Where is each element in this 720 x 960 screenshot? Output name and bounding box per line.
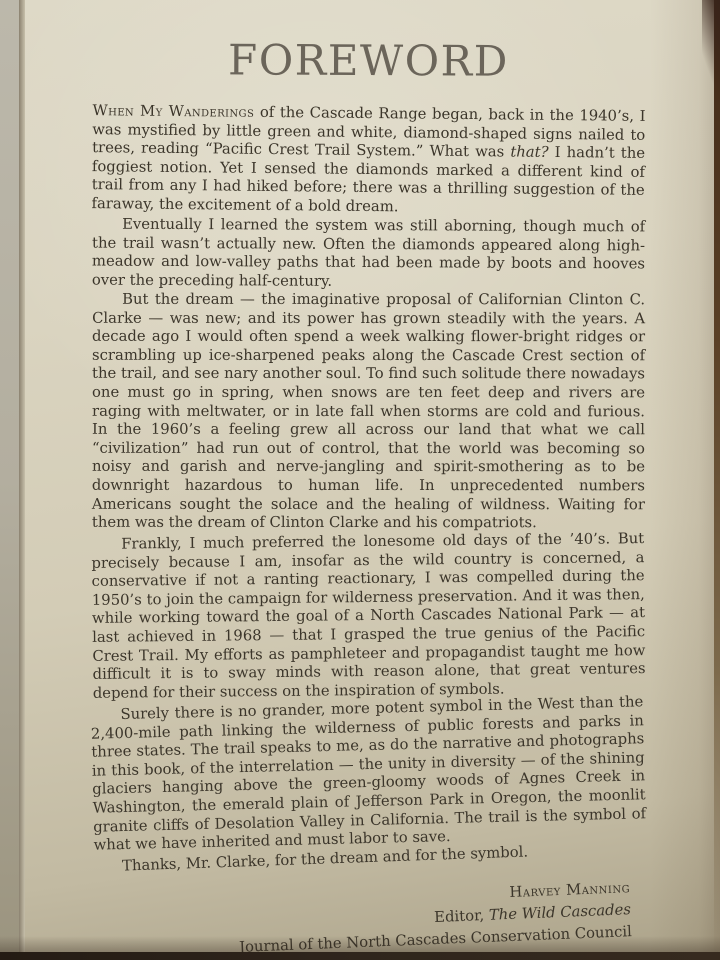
paragraph-4: Frankly, I much preferred the lonesome o… xyxy=(91,530,646,703)
page-right-shading xyxy=(650,0,720,960)
paragraph-1: When My Wanderings of the Cascade Range … xyxy=(91,102,645,219)
signature-role-prefix: Editor, xyxy=(434,907,489,926)
foreword-text-block: FOREWORD When My Wanderings of the Casca… xyxy=(92,36,645,947)
facing-page-edge xyxy=(0,0,19,960)
italic-that: that? xyxy=(510,144,548,161)
signature-publication: The Wild Cascades xyxy=(489,901,632,924)
page-title: FOREWORD xyxy=(92,35,645,86)
book-corner-shadow xyxy=(702,0,720,110)
paragraph-2: Eventually I learned the system was stil… xyxy=(92,215,645,292)
smallcaps-lead: When My Wanderings xyxy=(92,102,254,121)
paragraph-5: Surely there is no grander, more potent … xyxy=(90,693,646,855)
paragraph-3: But the dream — the imaginative proposal… xyxy=(92,291,645,533)
book-edge-bottom-shadow xyxy=(0,936,720,952)
book-edge-bottom xyxy=(0,952,720,960)
book-edge-right xyxy=(714,0,720,960)
